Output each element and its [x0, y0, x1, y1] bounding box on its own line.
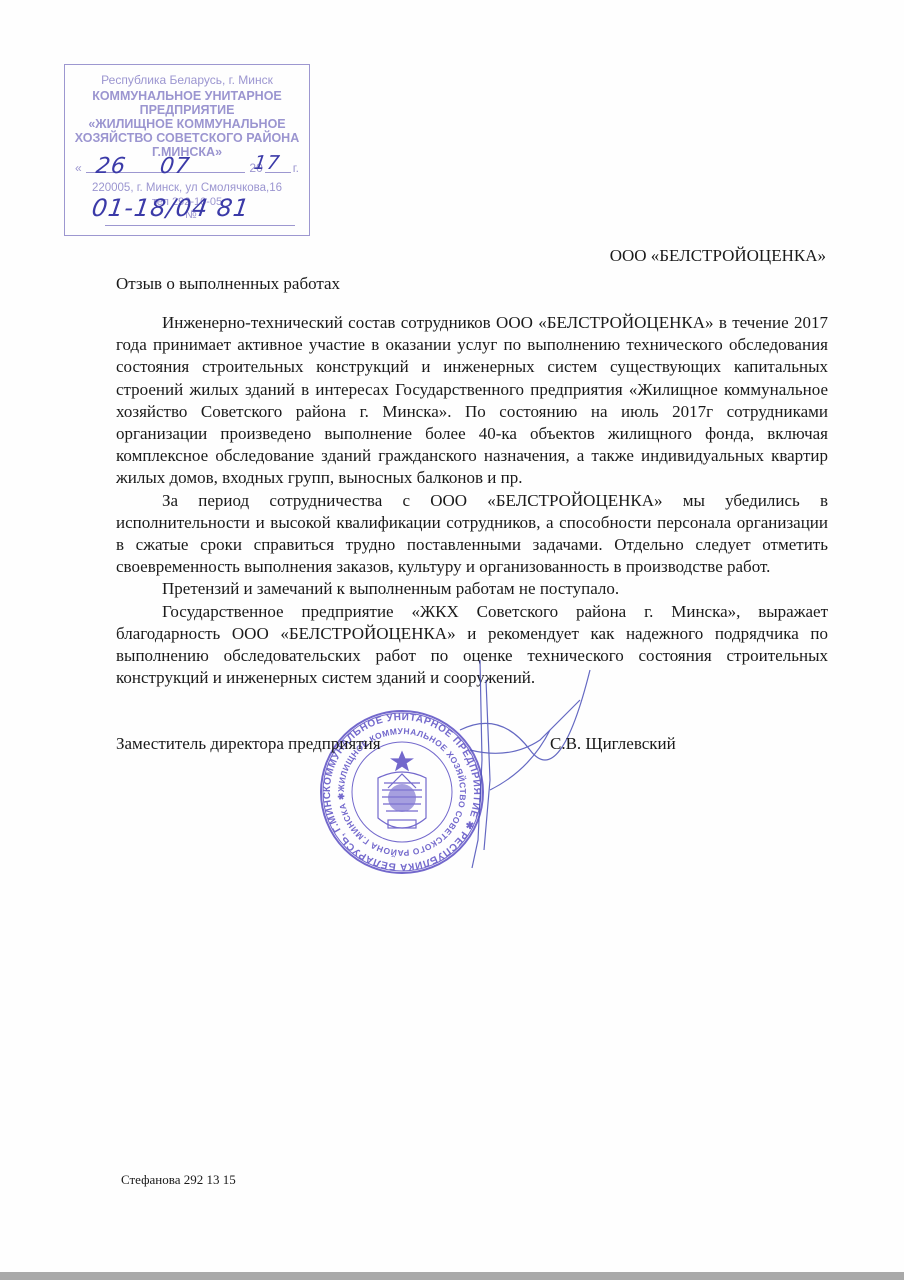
signatory-name: С.В. Щиглевский — [550, 734, 676, 754]
paragraph-2: За период сотрудничества с ООО «БЕЛСТРОЙ… — [116, 490, 828, 579]
paragraph-3: Претензий и замечаний к выполненным рабо… — [116, 578, 828, 600]
stamp-org-line-3: «ЖИЛИЩНОЕ КОММУНАЛЬНОЕ — [65, 117, 309, 131]
stamp-date-year-suffix: г. — [293, 161, 299, 175]
handwritten-month: 07 — [158, 154, 192, 179]
stamp-org-line-1: КОММУНАЛЬНОЕ УНИТАРНОЕ — [65, 89, 309, 103]
stamp-address: 220005, г. Минск, ул Смолячкова,16 — [65, 181, 309, 195]
scan-bottom-edge — [0, 1272, 904, 1280]
signatory-title: Заместитель директора предприятия — [116, 734, 381, 754]
handwritten-registration-number: 01-18/04 81 — [90, 194, 251, 222]
handwritten-year: 17 — [252, 152, 281, 174]
stamp-date-prefix: « — [75, 161, 82, 175]
document-page: Республика Беларусь, г. Минск КОММУНАЛЬН… — [0, 0, 904, 1272]
stamp-country-line: Республика Беларусь, г. Минск — [65, 73, 309, 87]
recipient: ООО «БЕЛСТРОЙОЦЕНКА» — [610, 246, 826, 266]
stamp-org-line-2: ПРЕДПРИЯТИЕ — [65, 103, 309, 117]
signature-scribble — [420, 640, 620, 870]
letter-body: Инженерно-технический состав сотрудников… — [116, 312, 828, 689]
footer-contact: Стефанова 292 13 15 — [121, 1172, 236, 1188]
letter-subject: Отзыв о выполненных работах — [116, 274, 340, 294]
handwritten-day: 26 — [94, 154, 128, 179]
paragraph-1: Инженерно-технический состав сотрудников… — [116, 312, 828, 490]
stamp-org-line-4: ХОЗЯЙСТВО СОВЕТСКОГО РАЙОНА — [65, 131, 309, 145]
